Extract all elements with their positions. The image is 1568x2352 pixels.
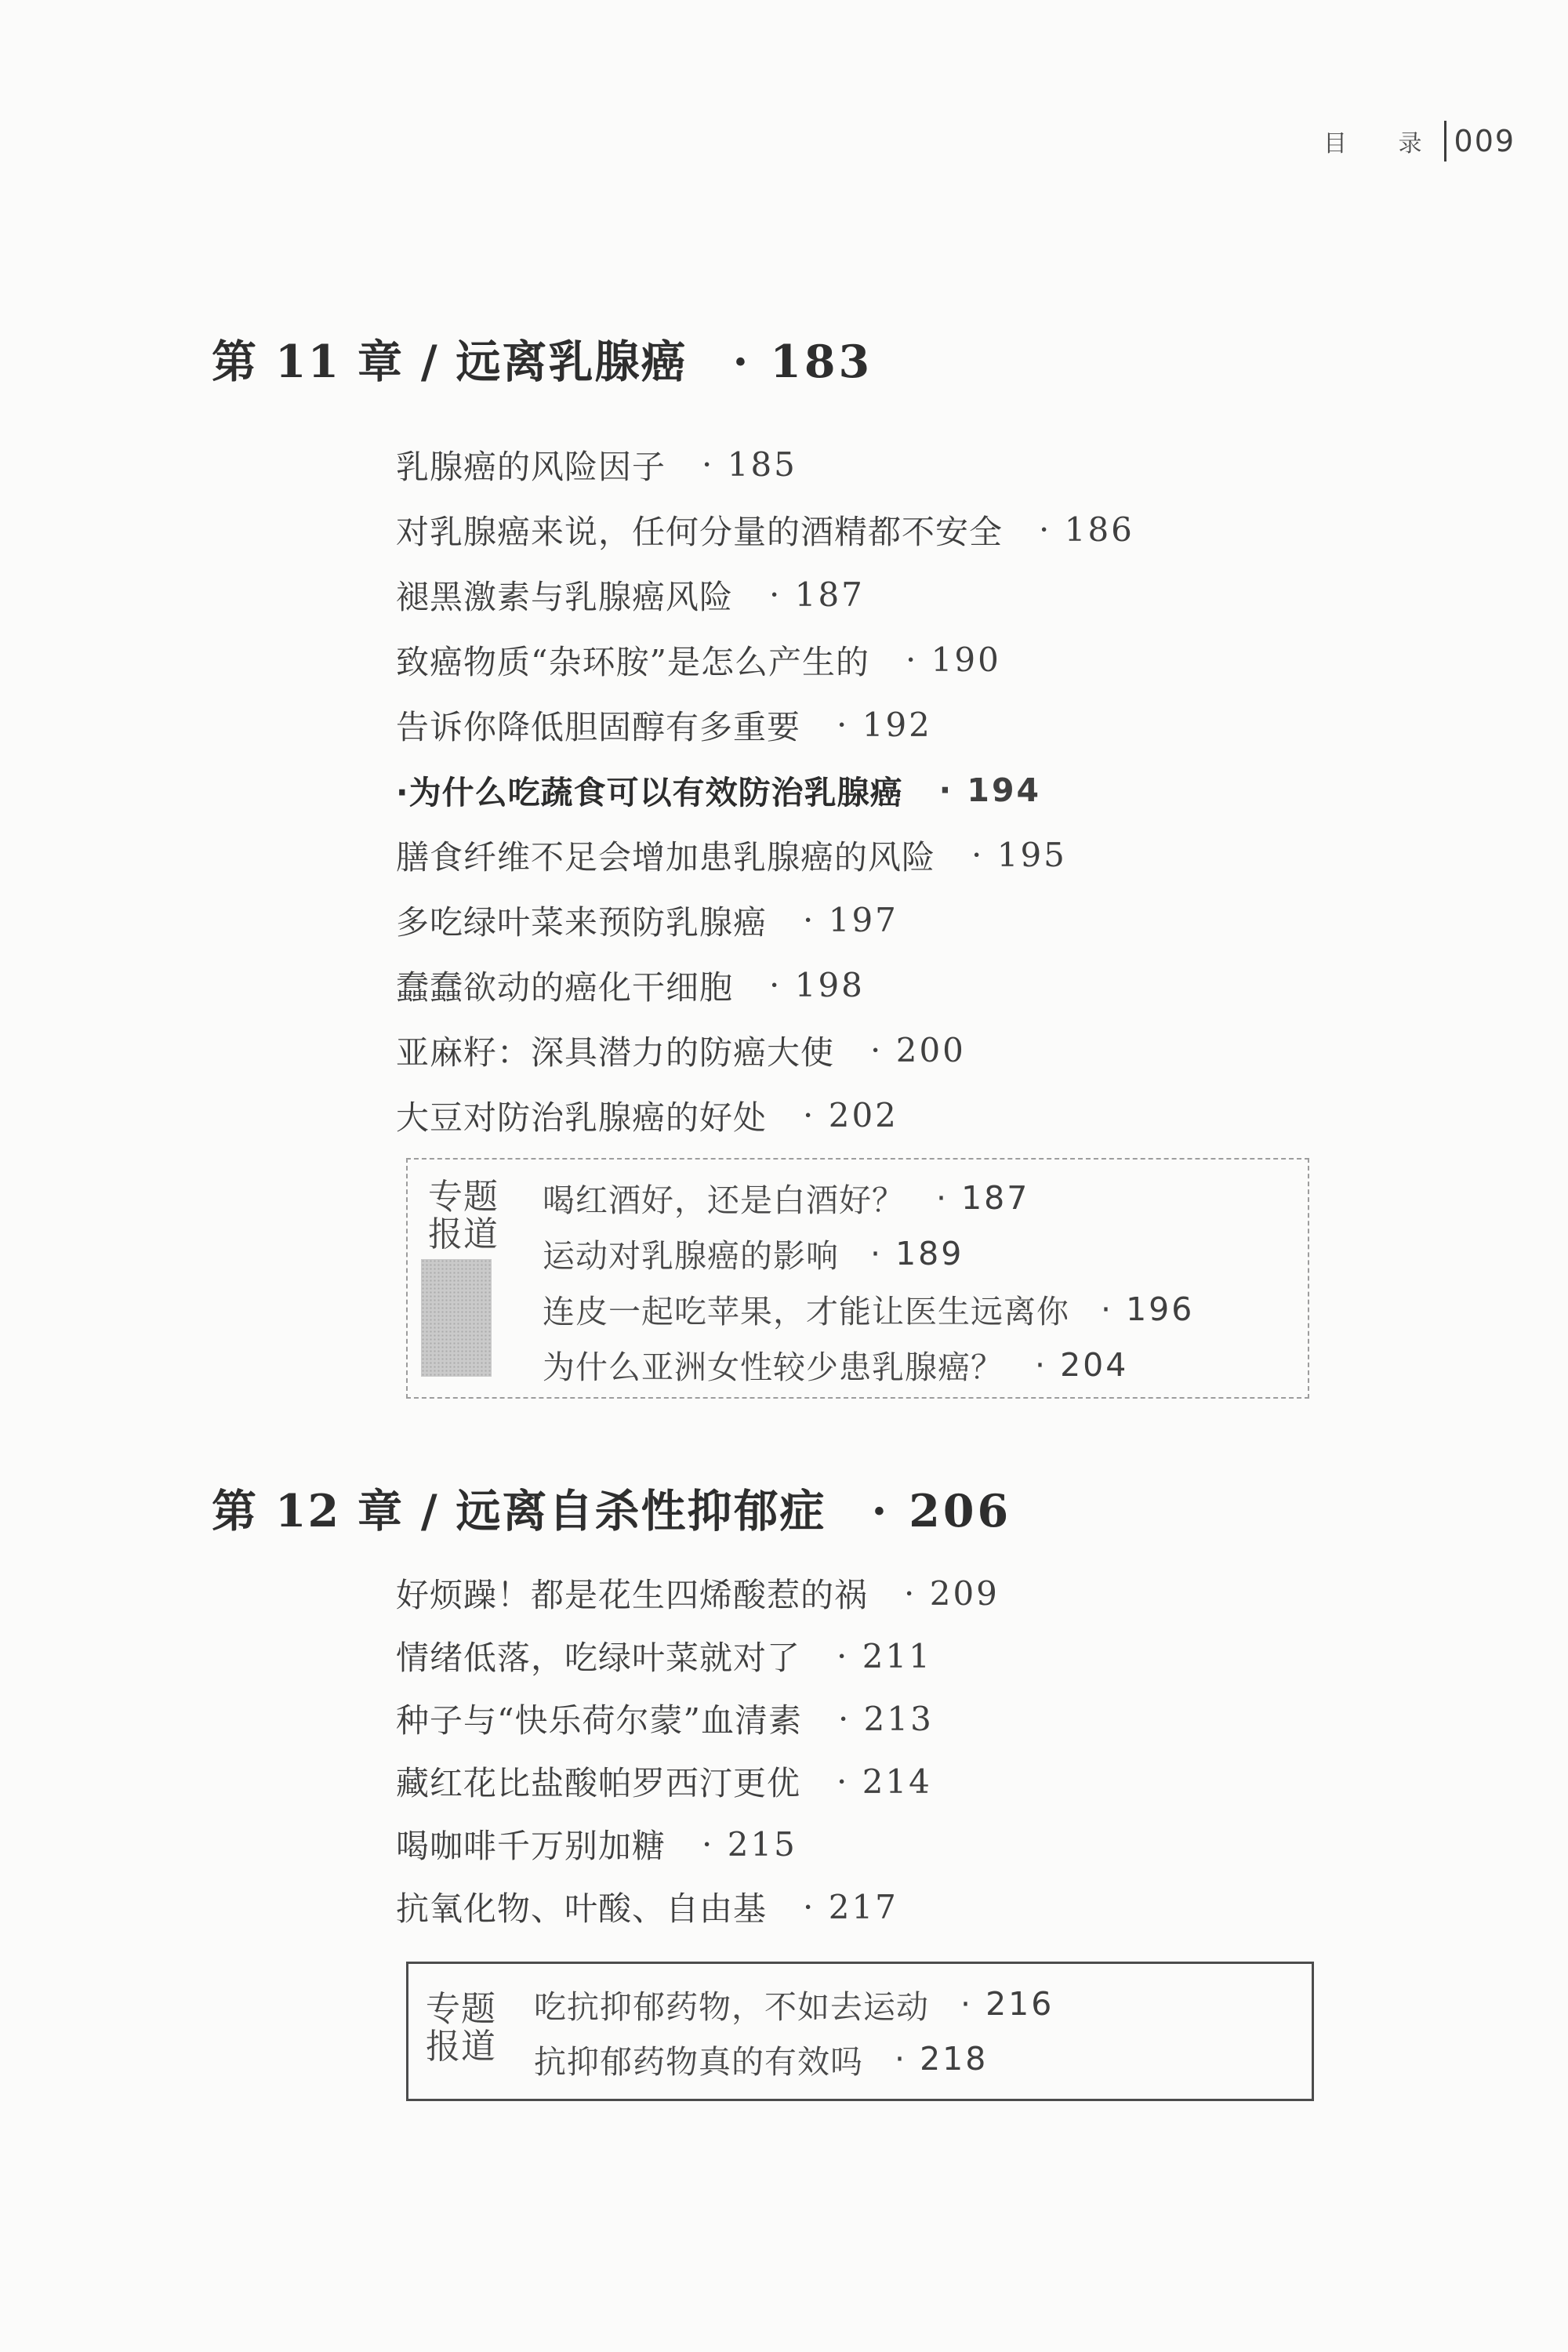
toc-item-page: · 209 (904, 1574, 1000, 1613)
toc-item-title: 好烦躁！都是花生四烯酸惹的祸 (396, 1570, 868, 1617)
toc-item: 喝咖啡千万别加糖 · 215 (396, 1813, 1000, 1875)
toc-item-page: · 187 (769, 575, 865, 614)
toc-item: 膳食纤维不足会增加患乳腺癌的风险 · 195 (396, 822, 1134, 887)
toc-item-title: 亚麻籽：深具潜力的防癌大使 (396, 1027, 834, 1074)
toc-item: 抗氧化物、叶酸、自由基 · 217 (396, 1875, 1000, 1938)
chapter-12-title: 第 12 章 / 远离自杀性抑郁症· 206 (212, 1486, 1011, 1537)
report-item-title: 连皮一起吃苹果，才能让医生远离你 (543, 1286, 1069, 1332)
special-report-label-line1: 专题 (428, 1178, 499, 1216)
toc-item-page: · 217 (803, 1888, 898, 1926)
report-item-title: 抗抑郁药物真的有效吗 (534, 2036, 863, 2082)
toc-item-page: · 202 (803, 1096, 898, 1134)
report-item: 喝红酒好，还是白酒好？ · 187 (543, 1170, 1194, 1225)
page-header: 目 录 009 (1323, 118, 1515, 165)
report-item-title: 喝红酒好，还是白酒好？ (543, 1174, 905, 1221)
chapter-11-item-list: 乳腺癌的风险因子 · 185 对乳腺癌来说，任何分量的酒精都不安全 · 186 … (396, 432, 1134, 1148)
toc-item-page: · 197 (803, 901, 898, 939)
toc-item-title: ·为什么吃蔬食可以有效防治乳腺癌 (396, 767, 903, 813)
toc-item-title: 蠢蠢欲动的癌化干细胞 (396, 962, 733, 1009)
report-item: 吃抗抑郁药物，不如去运动 · 216 (534, 1976, 1054, 2031)
report-item-title: 运动对乳腺癌的影响 (543, 1230, 839, 1276)
toc-item: 乳腺癌的风险因子 · 185 (396, 432, 1134, 497)
toc-item-page: · 195 (971, 836, 1067, 874)
toc-item-page: · 213 (838, 1700, 934, 1738)
toc-item-page: · 215 (702, 1825, 797, 1864)
report-item-page: · 216 (960, 1985, 1054, 2023)
special-report-item-list: 喝红酒好，还是白酒好？ · 187 运动对乳腺癌的影响 · 189 连皮一起吃苹… (543, 1170, 1194, 1392)
toc-item-title: 褪黑激素与乳腺癌风险 (396, 572, 733, 619)
toc-item-title: 乳腺癌的风险因子 (396, 441, 666, 488)
toc-item-page: · 214 (837, 1762, 932, 1801)
special-report-label-line1: 专题 (426, 1991, 496, 2028)
chapter-11-title-text: 第 11 章 / 远离乳腺癌 (212, 336, 688, 388)
header-page-number: 009 (1454, 124, 1516, 158)
special-report-box-2: 专题 报道 吃抗抑郁药物，不如去运动 · 216 抗抑郁药物真的有效吗 · 21… (406, 1962, 1314, 2101)
report-item-title: 吃抗抑郁药物，不如去运动 (534, 1981, 929, 2027)
toc-item-title: 多吃绿叶菜来预防乳腺癌 (396, 897, 767, 944)
toc-item-title: 对乳腺癌来说，任何分量的酒精都不安全 (396, 506, 1003, 554)
toc-item: 致癌物质“杂环胺”是怎么产生的 · 190 (396, 627, 1134, 692)
report-item: 连皮一起吃苹果，才能让医生远离你 · 196 (543, 1281, 1194, 1337)
toc-item-page: · 194 (939, 771, 1041, 809)
special-report-label-line2: 报道 (426, 2028, 496, 2066)
chapter-12-item-list: 好烦躁！都是花生四烯酸惹的祸 · 209 情绪低落，吃绿叶菜就对了 · 211 … (396, 1562, 1000, 1938)
toc-item: 蠢蠢欲动的癌化干细胞 · 198 (396, 953, 1134, 1018)
report-item-page: · 196 (1101, 1290, 1194, 1328)
report-item-page: · 218 (895, 2040, 988, 2078)
report-item-title: 为什么亚洲女性较少患乳腺癌？ (543, 1341, 1004, 1388)
toc-item: 多吃绿叶菜来预防乳腺癌 · 197 (396, 887, 1134, 953)
toc-item-title: 膳食纤维不足会增加患乳腺癌的风险 (396, 832, 935, 879)
toc-item-page: · 186 (1039, 510, 1134, 549)
toc-item: 亚麻籽：深具潜力的防癌大使 · 200 (396, 1018, 1134, 1083)
toc-item-page: · 192 (837, 706, 932, 744)
toc-item-title: 藏红花比盐酸帕罗西汀更优 (396, 1758, 800, 1805)
special-report-label-line2: 报道 (428, 1216, 499, 1254)
toc-item-title: 喝咖啡千万别加糖 (396, 1820, 666, 1867)
toc-item-title: 情绪低落，吃绿叶菜就对了 (396, 1632, 800, 1679)
header-title: 目 录 (1323, 124, 1444, 158)
report-item: 抗抑郁药物真的有效吗 · 218 (534, 2031, 1054, 2086)
header-divider (1444, 121, 1446, 162)
toc-item: ·为什么吃蔬食可以有效防治乳腺癌 · 194 (396, 757, 1134, 822)
chapter-12-title-text: 第 12 章 / 远离自杀性抑郁症 (212, 1485, 826, 1537)
toc-item-page: · 185 (702, 445, 797, 484)
report-item-page: · 187 (936, 1179, 1029, 1217)
report-item: 运动对乳腺癌的影响 · 189 (543, 1225, 1194, 1281)
toc-item: 藏红花比盐酸帕罗西汀更优 · 214 (396, 1750, 1000, 1813)
report-item-page: · 204 (1035, 1346, 1128, 1384)
toc-scanned-page: 目 录 009 第 11 章 / 远离乳腺癌· 183 乳腺癌的风险因子 · 1… (0, 0, 1568, 2352)
report-gray-swatch (421, 1259, 492, 1377)
toc-item-page: · 190 (906, 641, 1001, 679)
toc-item: 告诉你降低胆固醇有多重要 · 192 (396, 692, 1134, 757)
chapter-11-title: 第 11 章 / 远离乳腺癌· 183 (212, 337, 873, 387)
toc-item: 情绪低落，吃绿叶菜就对了 · 211 (396, 1624, 1000, 1687)
toc-item-title: 告诉你降低胆固醇有多重要 (396, 702, 800, 749)
toc-item-title: 致癌物质“杂环胺”是怎么产生的 (396, 637, 869, 684)
special-report-label: 专题 报道 (426, 1991, 496, 2066)
toc-item-page: · 200 (870, 1031, 966, 1069)
chapter-12-page-number: · 206 (872, 1485, 1012, 1537)
toc-item: 对乳腺癌来说，任何分量的酒精都不安全 · 186 (396, 497, 1134, 562)
toc-item-page: · 211 (837, 1637, 932, 1675)
toc-item: 好烦躁！都是花生四烯酸惹的祸 · 209 (396, 1562, 1000, 1624)
toc-item-title: 抗氧化物、叶酸、自由基 (396, 1883, 767, 1930)
special-report-label: 专题 报道 (428, 1178, 499, 1254)
toc-item: 褪黑激素与乳腺癌风险 · 187 (396, 562, 1134, 627)
toc-item-title: 大豆对防治乳腺癌的好处 (396, 1092, 767, 1139)
chapter-11-page-number: · 183 (733, 336, 873, 388)
special-report-box-1: 专题 报道 喝红酒好，还是白酒好？ · 187 运动对乳腺癌的影响 · 189 … (406, 1158, 1309, 1399)
toc-item: 种子与“快乐荷尔蒙”血清素 · 213 (396, 1687, 1000, 1750)
special-report-item-list: 吃抗抑郁药物，不如去运动 · 216 抗抑郁药物真的有效吗 · 218 (534, 1976, 1054, 2086)
report-item: 为什么亚洲女性较少患乳腺癌？ · 204 (543, 1337, 1194, 1392)
toc-item-title: 种子与“快乐荷尔蒙”血清素 (396, 1695, 802, 1742)
toc-item-page: · 198 (769, 966, 865, 1004)
toc-item: 大豆对防治乳腺癌的好处 · 202 (396, 1083, 1134, 1148)
report-item-page: · 189 (870, 1235, 964, 1272)
